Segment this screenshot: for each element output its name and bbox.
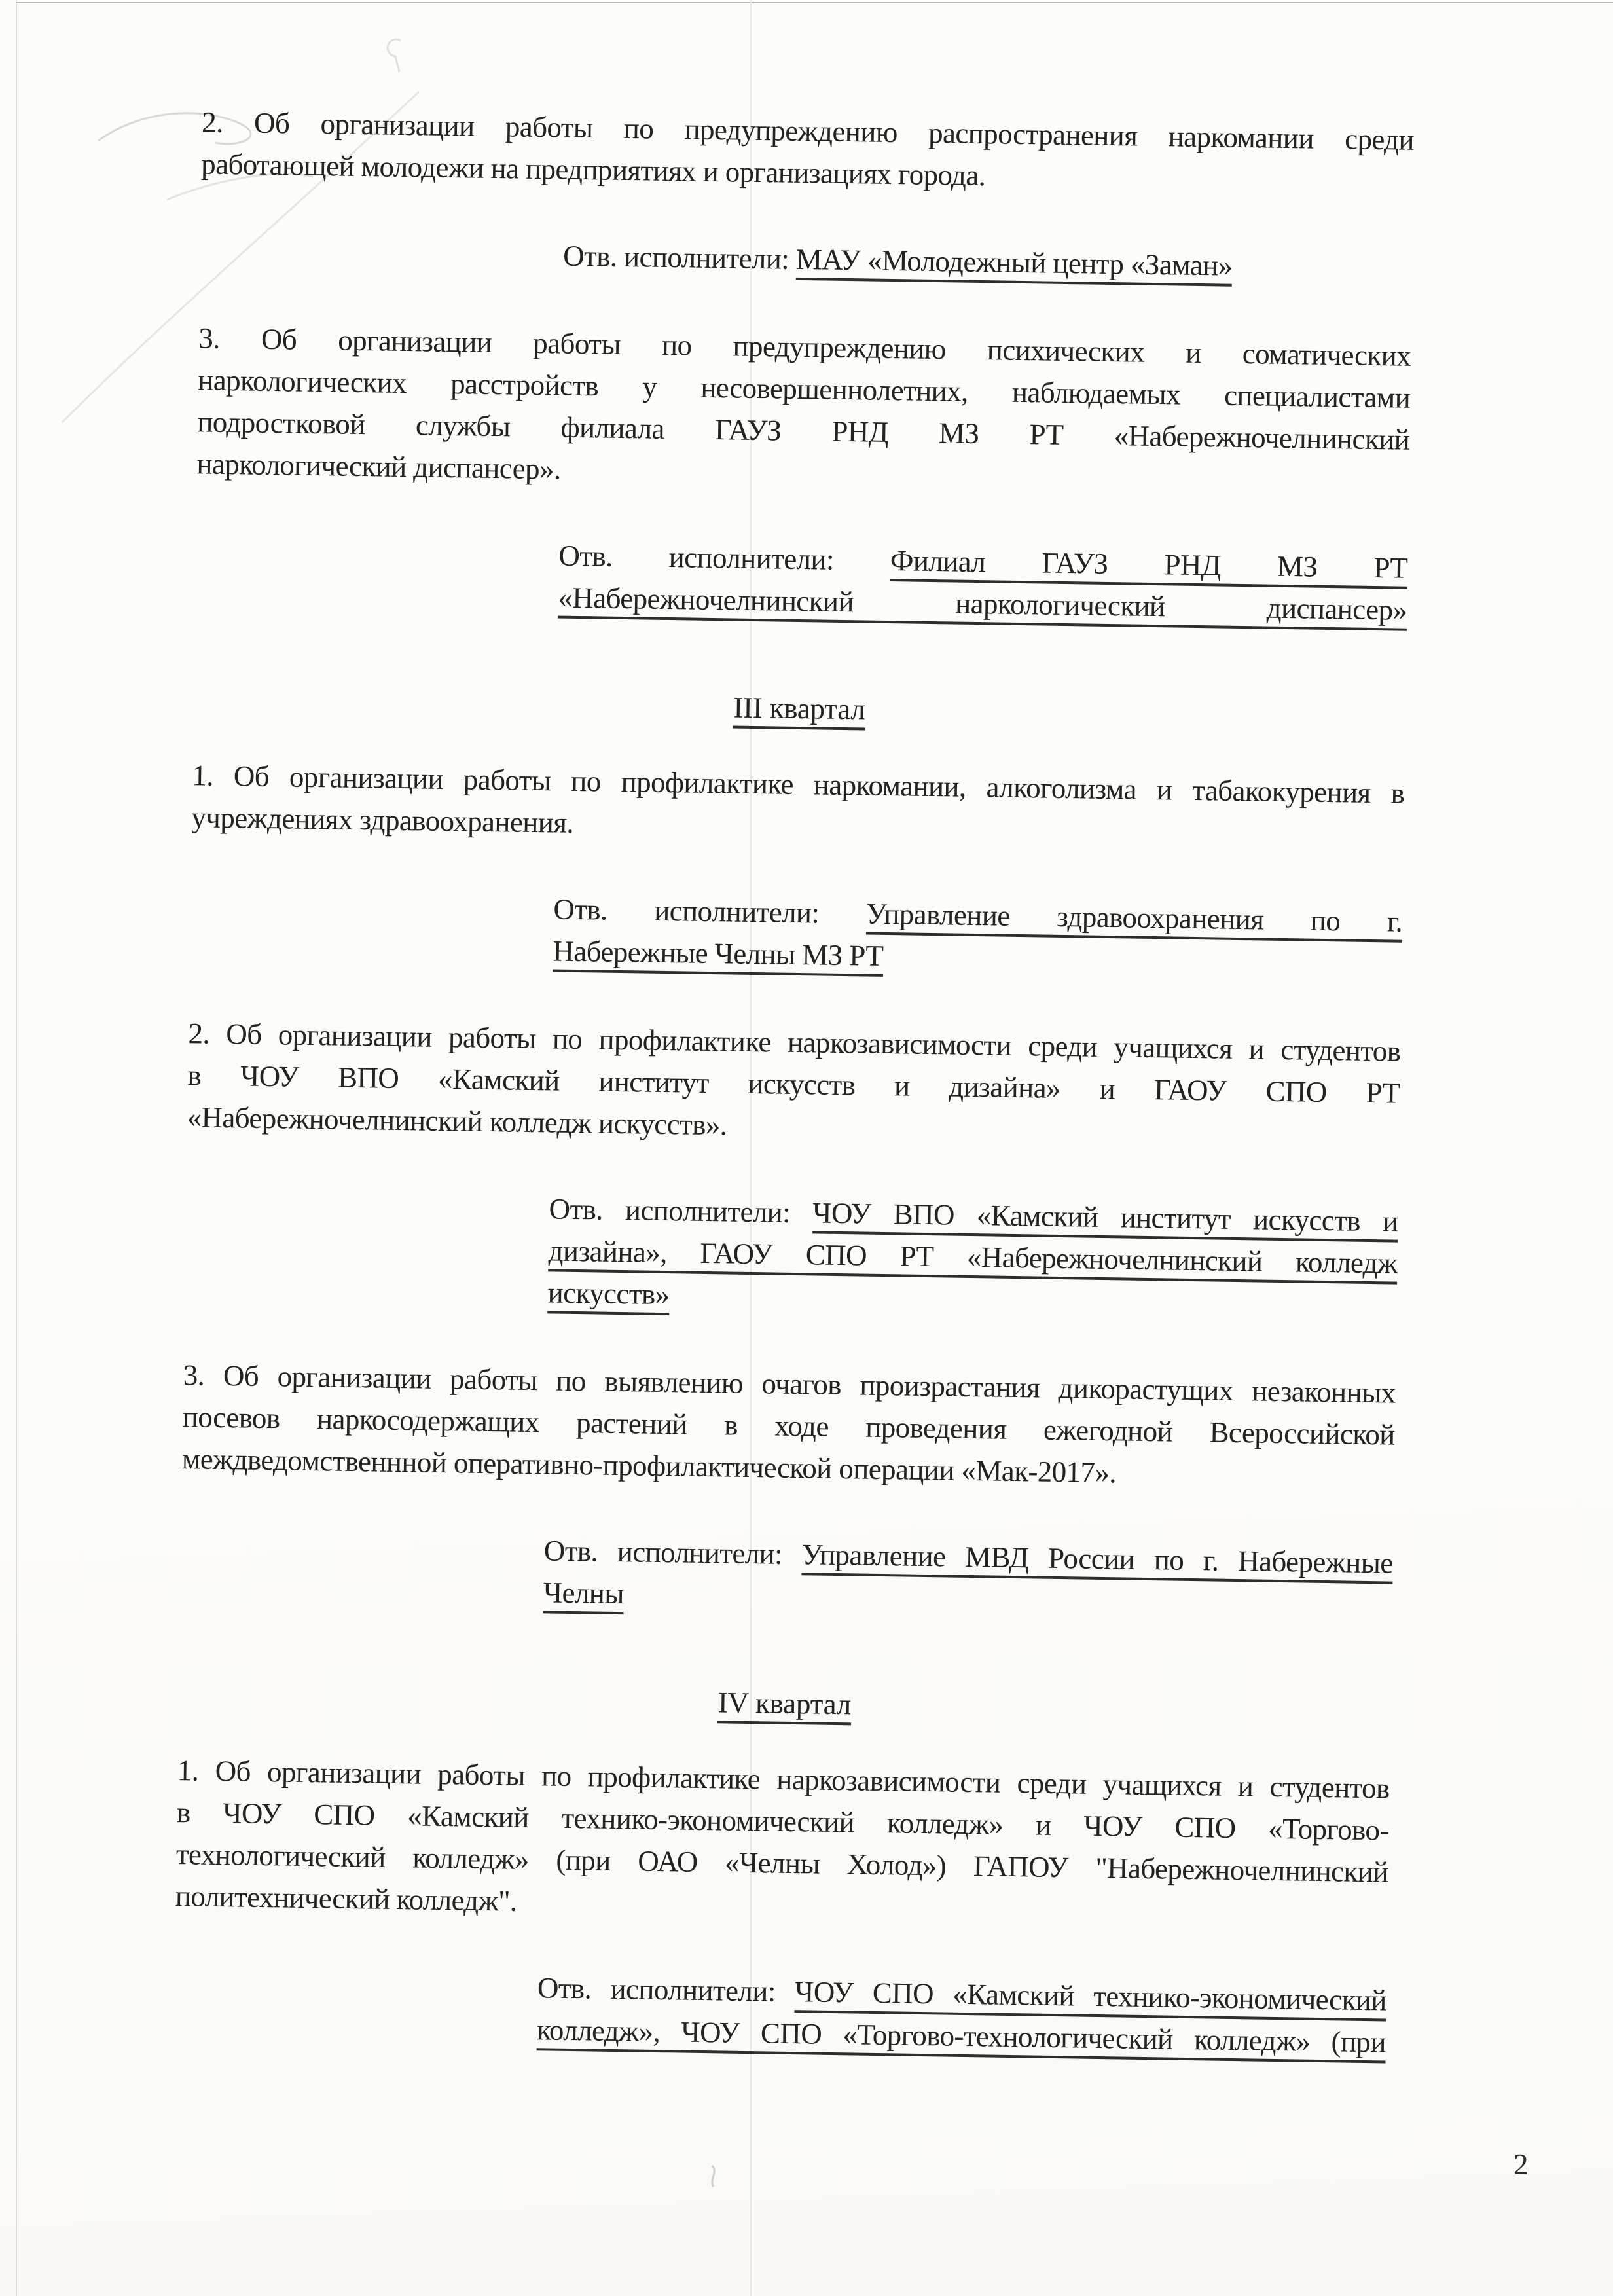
responsible-executors-block: Отв. исполнители: Филиал ГАУЗ РНД МЗ РТ … bbox=[558, 535, 1408, 631]
responsible-label: Отв. исполнители: bbox=[537, 1971, 776, 2007]
responsible-line: Отв. исполнители: МАУ «Молодежный центр … bbox=[563, 235, 1413, 289]
responsible-organization: искусств» bbox=[547, 1276, 670, 1315]
responsible-executors-block: Отв. исполнители: ЧОУ СПО «Камский техни… bbox=[537, 1967, 1387, 2063]
scan-edge-line-left bbox=[16, 0, 17, 2296]
quarter-heading-q4: IV квартал bbox=[178, 1673, 1391, 1733]
scan-edge-line-top bbox=[16, 2, 1613, 3]
quarter-heading-q3: III квартал bbox=[193, 678, 1406, 738]
responsible-organization: колледж», ЧОУ СПО «Торгово-технологическ… bbox=[537, 2013, 1386, 2063]
responsible-organization: Управление здравоохранения по г. bbox=[866, 898, 1403, 943]
responsible-label: Отв. исполнители: bbox=[544, 1534, 783, 1570]
document-text-column: 2. Об организации работы по предупрежден… bbox=[173, 101, 1415, 2063]
responsible-organization: Челны bbox=[543, 1576, 624, 1614]
plan-item-paragraph-2: 2. Об организации работы по предупрежден… bbox=[201, 101, 1415, 202]
responsible-executors-block: Отв. исполнители: МАУ «Молодежный центр … bbox=[563, 235, 1413, 289]
quarter-heading-text: IV квартал bbox=[717, 1686, 851, 1725]
plan-item-paragraph-3: 3. Об организации работы по предупрежден… bbox=[196, 317, 1411, 502]
responsible-label: Отв. исполнители: bbox=[558, 539, 834, 576]
quarter-heading-text: III квартал bbox=[733, 691, 865, 731]
page-number: 2 bbox=[1513, 2145, 1529, 2184]
responsible-label: Отв. исполнители: bbox=[553, 892, 820, 929]
scanned-document-page: 2. Об организации работы по предупрежден… bbox=[0, 0, 1613, 2296]
responsible-label: Отв. исполнители: bbox=[563, 240, 789, 276]
plan-item-paragraph-q3-3: 3. Об организации работы по выявлению оч… bbox=[181, 1354, 1396, 1497]
plan-item-paragraph-q3-2: 2. Об организации работы по профилактике… bbox=[187, 1012, 1401, 1156]
responsible-label: Отв. исполнители: bbox=[549, 1192, 790, 1228]
responsible-executors-block: Отв. исполнители: ЧОУ ВПО «Камский инсти… bbox=[547, 1188, 1398, 1326]
plan-item-paragraph-q3-1: 1. Об организации работы по профилактике… bbox=[191, 754, 1405, 856]
responsible-organization: МАУ «Молодежный центр «Заман» bbox=[795, 243, 1232, 287]
responsible-organization: Набережные Челны МЗ РТ bbox=[553, 934, 884, 976]
responsible-executors-block: Отв. исполнители: Управление МВД России … bbox=[543, 1529, 1393, 1626]
responsible-executors-block: Отв. исполнители: Управление здравоохран… bbox=[553, 888, 1403, 984]
responsible-organization: «Набережночелнинский наркологический дис… bbox=[558, 581, 1407, 631]
plan-item-paragraph-q4-1: 1. Об организации работы по профилактике… bbox=[175, 1749, 1390, 1935]
